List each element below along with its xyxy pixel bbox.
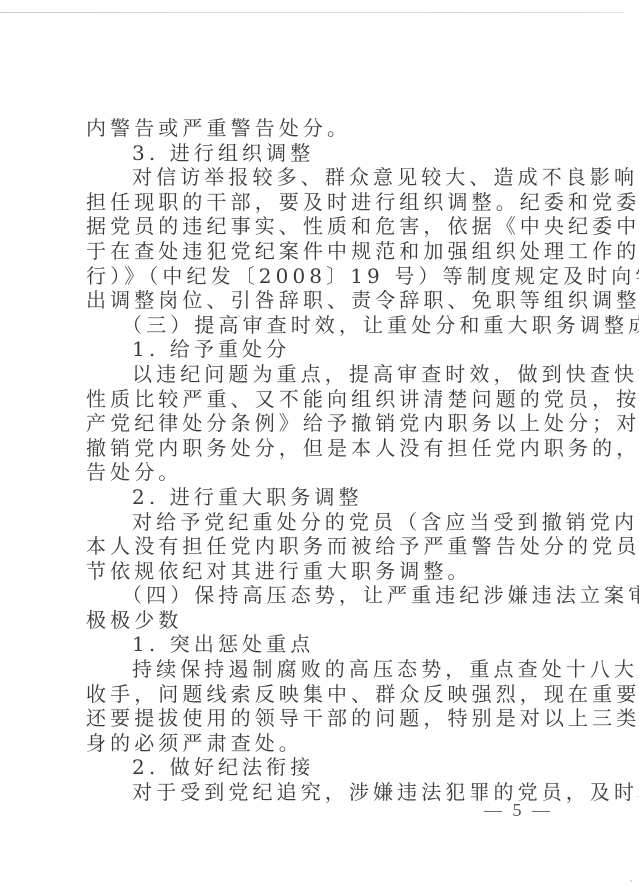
text-line: 告处分。: [86, 460, 556, 485]
subheading-major-position-adjustment: 2. 进行重大职务调整: [86, 485, 556, 510]
text-line: 撤销党内职务处分，但是本人没有担任党内职务的，给予严重警: [86, 436, 556, 461]
text-line: 内警告或严重警告处分。: [86, 116, 556, 141]
scan-edge-line: [0, 12, 625, 13]
text-line: 据党员的违纪事实、性质和危害，依据《中央纪委中央组织部关: [86, 214, 556, 239]
section-heading-3: （三）提高审查时效，让重处分和重大职务调整成为少数: [86, 313, 556, 338]
text-line: 以违纪问题为重点，提高审查时效，做到快查快结。对问题: [86, 362, 556, 387]
section-heading-4: （四）保持高压态势，让严重违纪涉嫌违法立案审查的成为: [86, 583, 556, 608]
text-line: 于在查处违犯党纪案件中规范和加强组织处理工作的意见（试: [86, 239, 556, 264]
scan-speck: [256, 578, 258, 580]
text-line: 出调整岗位、引咎辞职、责令辞职、免职等组织调整建议。: [86, 288, 556, 313]
text-line: 对信访举报较多、群众意见较大、造成不良影响、不适宜再: [86, 165, 556, 190]
text-line: 收手，问题线索反映集中、群众反映强烈，现在重要岗位且可能: [86, 682, 556, 707]
subheading-punishment-focus: 1. 突出惩处重点: [86, 632, 556, 657]
text-line: 性质比较严重、又不能向组织讲清楚问题的党员，按照《中国共: [86, 387, 556, 412]
document-body: 内警告或严重警告处分。 3. 进行组织调整 对信访举报较多、群众意见较大、造成不…: [86, 116, 556, 805]
subheading-discipline-law-connection: 2. 做好纪法衔接: [86, 755, 556, 780]
text-line: 持续保持遏制腐败的高压态势，重点查处十八大后不收敛不: [86, 657, 556, 682]
scan-speck: [630, 880, 632, 882]
text-line: 还要提拔使用的领导干部的问题，特别是对以上三类情况集于一: [86, 706, 556, 731]
text-line: 产党纪律处分条例》给予撤销党内职务以上处分；对于应当受到: [86, 411, 556, 436]
subheading-heavy-punishment: 1. 给予重处分: [86, 337, 556, 362]
text-line: 节依规依纪对其进行重大职务调整。: [86, 559, 556, 584]
text-line: 担任现职的干部，要及时进行组织调整。纪委和党委组织部要根: [86, 190, 556, 215]
subheading-organizational-adjustment: 3. 进行组织调整: [86, 141, 556, 166]
text-line: 对给予党纪重处分的党员（含应当受到撤销党内职务处分但: [86, 510, 556, 535]
text-line: 行）》（中纪发〔2008〕19 号）等制度规定及时向学校党委提: [86, 264, 556, 289]
text-line: 身的必须严肃查处。: [86, 731, 556, 756]
text-line: 极极少数: [86, 608, 556, 633]
page-number: — 5 —: [484, 800, 553, 821]
scan-speck: [238, 315, 240, 317]
text-line: 本人没有担任党内职务而被给予严重警告处分的党员），可视情: [86, 534, 556, 559]
